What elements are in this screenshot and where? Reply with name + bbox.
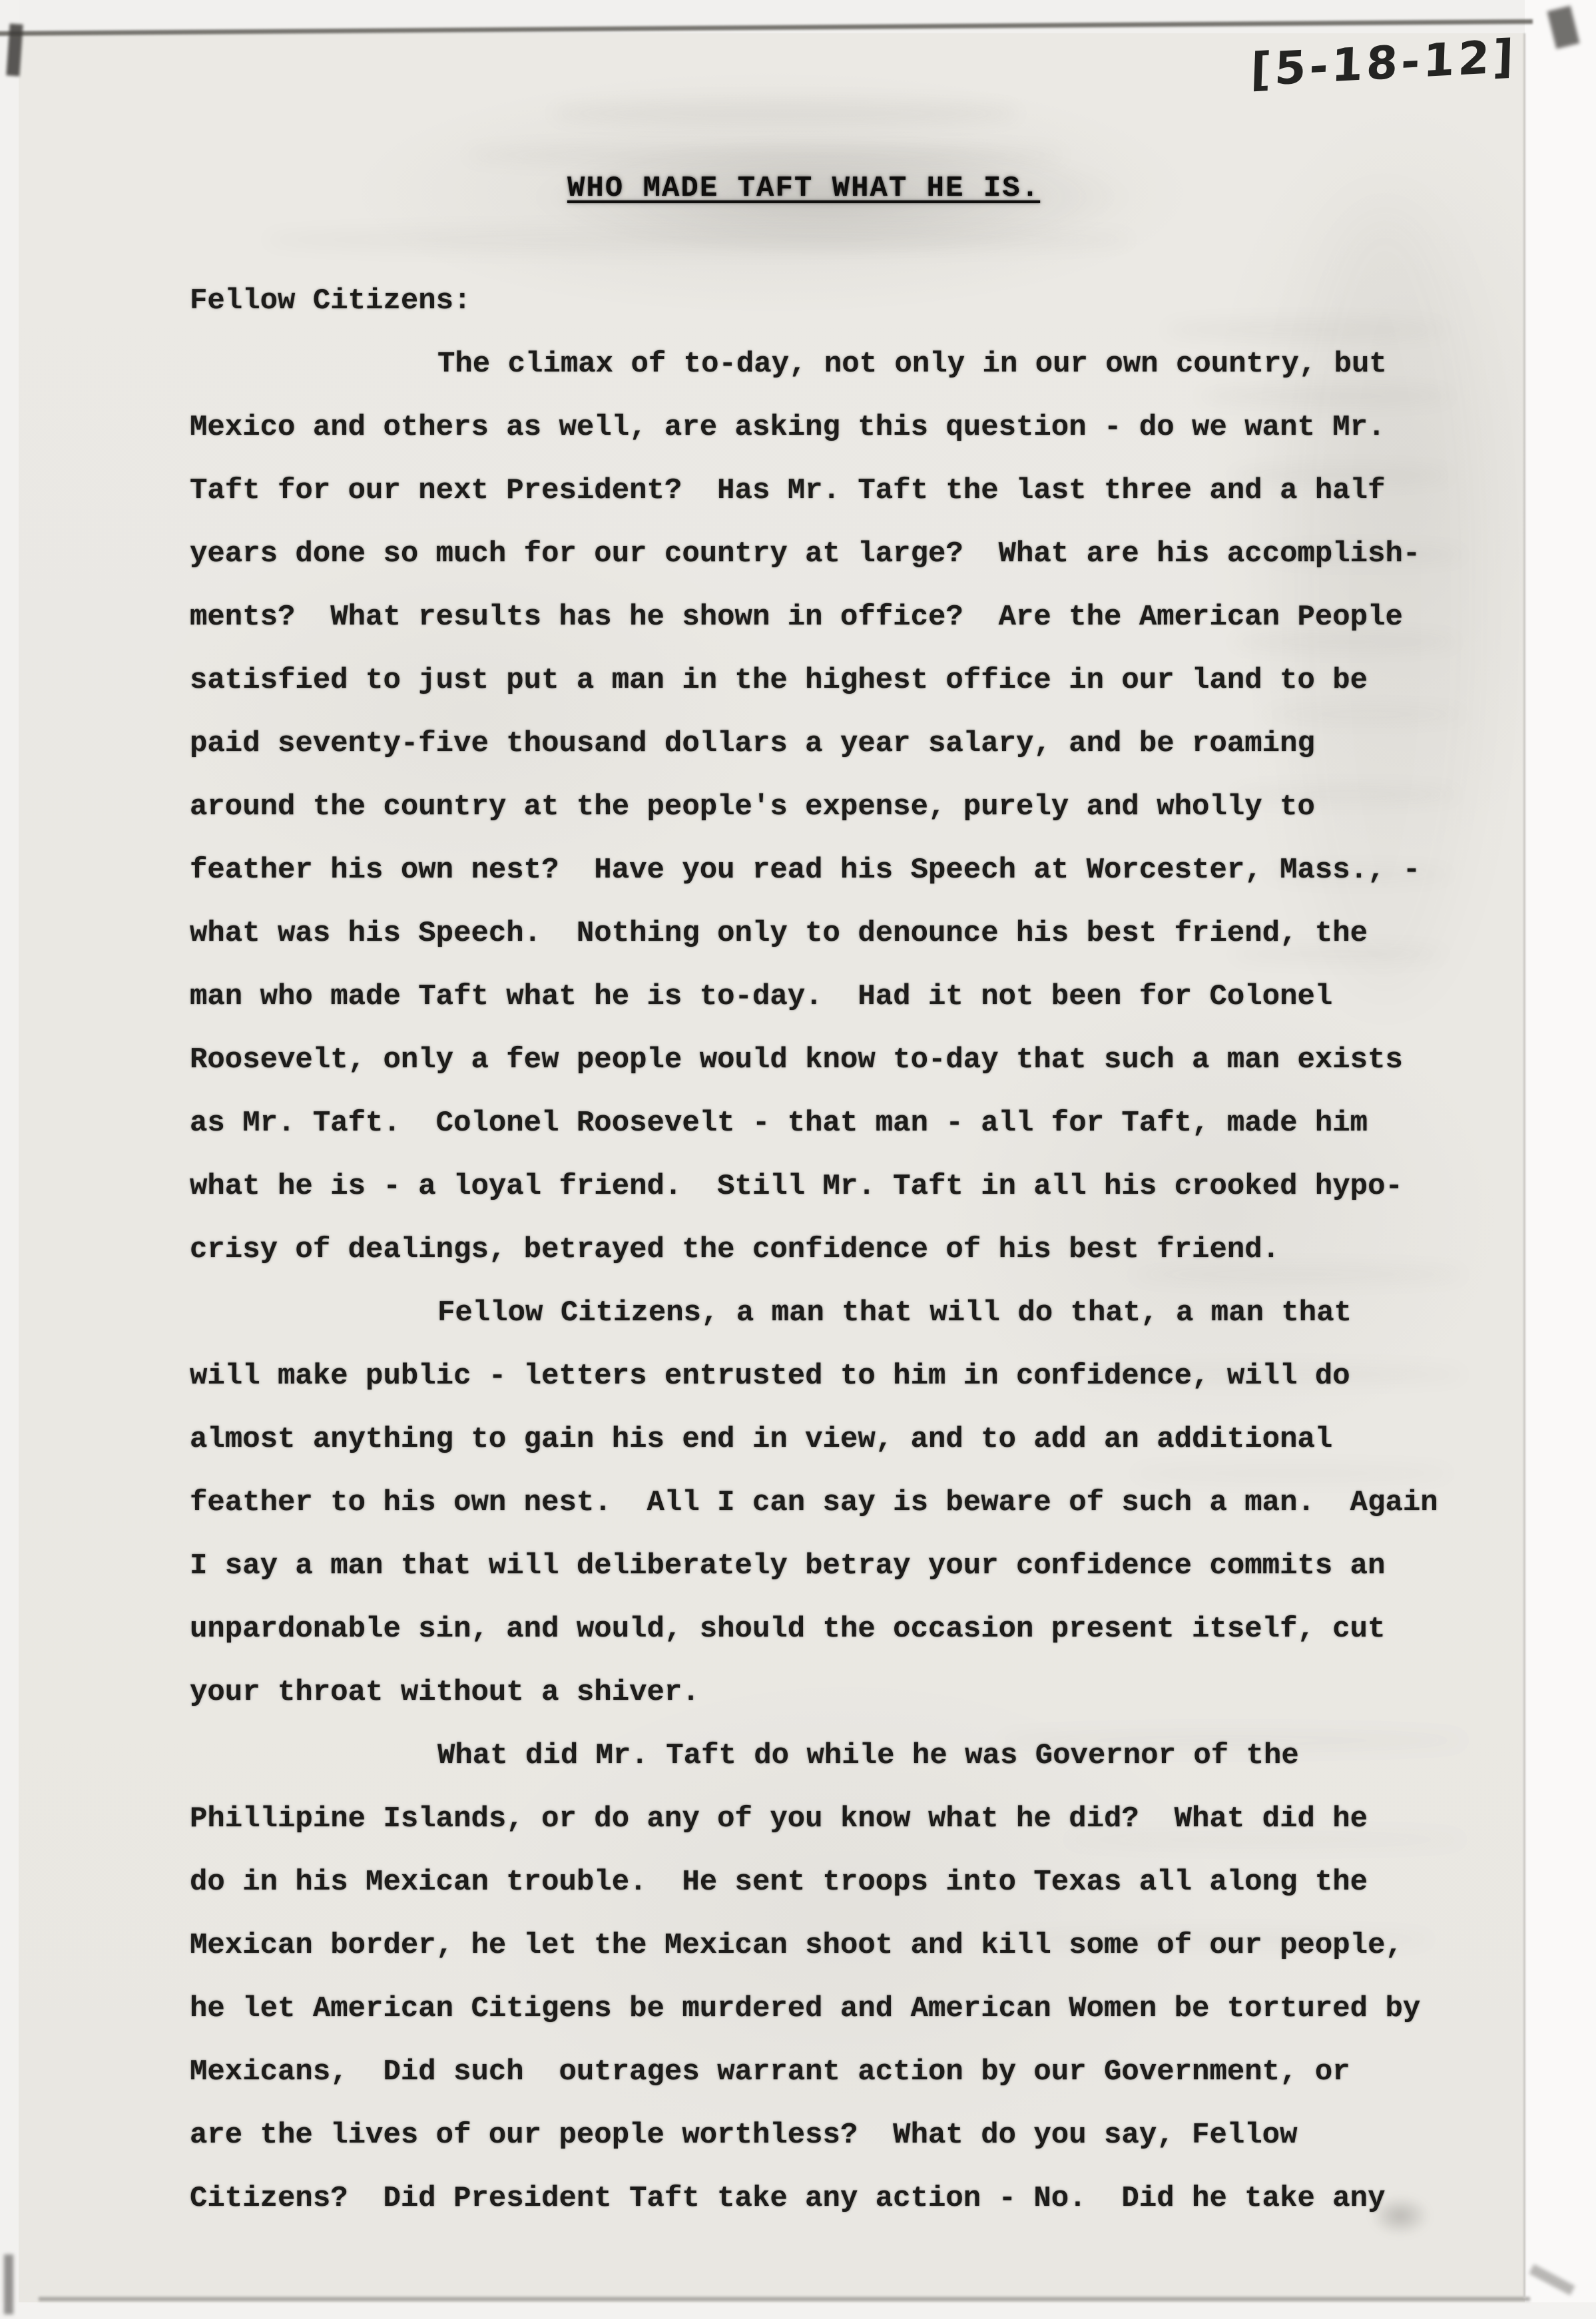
bleed-through-artifact bbox=[466, 143, 1065, 167]
text-line: are the lives of our people worthless? W… bbox=[190, 2104, 1438, 2167]
text-line: unpardonable sin, and would, should the … bbox=[190, 1598, 1438, 1661]
text-line: Mexican border, he let the Mexican shoot… bbox=[190, 1914, 1438, 1977]
text-line: years done so much for our country at la… bbox=[190, 523, 1438, 586]
scanner-bed-right bbox=[1525, 0, 1596, 2319]
text-line: feather his own nest? Have you read his … bbox=[190, 839, 1438, 902]
text-line: Mexico and others as well, are asking th… bbox=[190, 396, 1438, 459]
text-line: what he is - a loyal friend. Still Mr. T… bbox=[190, 1155, 1438, 1218]
text-line: satisfied to just put a man in the highe… bbox=[190, 649, 1438, 712]
scan-corner-mark-bottom-left bbox=[4, 2254, 13, 2314]
text-line: will make public - letters entrusted to … bbox=[190, 1345, 1438, 1408]
text-line: almost anything to gain his end in view,… bbox=[190, 1408, 1438, 1471]
text-line: Citizens? Did President Taft take any ac… bbox=[190, 2167, 1438, 2230]
text-line: The climax of to-day, not only in our ow… bbox=[190, 333, 1438, 396]
scan-edge-right bbox=[1523, 33, 1525, 2298]
scanner-bed-bottom bbox=[0, 2302, 1596, 2319]
scan-edge-bottom bbox=[39, 2297, 1530, 2301]
scanner-bed-left bbox=[0, 0, 19, 2319]
text-line: Fellow Citizens: bbox=[190, 270, 1438, 333]
text-line: I say a man that will deliberately betra… bbox=[190, 1535, 1438, 1598]
scanned-page: [5-18-12] WHO MADE TAFT WHAT HE IS. Fell… bbox=[0, 0, 1596, 2319]
text-line: what was his Speech. Nothing only to den… bbox=[190, 902, 1438, 965]
text-line: crisy of dealings, betrayed the confiden… bbox=[190, 1218, 1438, 1282]
text-line: paid seventy-five thousand dollars a yea… bbox=[190, 712, 1438, 776]
text-line: around the country at the people's expen… bbox=[190, 776, 1438, 839]
bleed-through-artifact bbox=[553, 100, 1019, 127]
text-line: he let American Citigens be murdered and… bbox=[190, 1977, 1438, 2041]
text-line: ments? What results has he shown in offi… bbox=[190, 586, 1438, 649]
text-line: man who made Taft what he is to-day. Had… bbox=[190, 965, 1438, 1029]
text-line: Mexicans, Did such outrages warrant acti… bbox=[190, 2041, 1438, 2104]
text-line: Roosevelt, only a few people would know … bbox=[190, 1029, 1438, 1092]
text-line: Taft for our next President? Has Mr. Taf… bbox=[190, 459, 1438, 523]
bleed-through-artifact bbox=[266, 226, 1132, 253]
text-line: do in his Mexican trouble. He sent troop… bbox=[190, 1851, 1438, 1914]
text-line: feather to his own nest. All I can say i… bbox=[190, 1471, 1438, 1535]
text-line: your throat without a shiver. bbox=[190, 1661, 1438, 1724]
document-title: WHO MADE TAFT WHAT HE IS. bbox=[567, 172, 1040, 205]
document-body: Fellow Citizens:The climax of to-day, no… bbox=[190, 270, 1438, 2230]
text-line: Phillipine Islands, or do any of you kno… bbox=[190, 1788, 1438, 1851]
text-line: as Mr. Taft. Colonel Roosevelt - that ma… bbox=[190, 1092, 1438, 1155]
text-line: What did Mr. Taft do while he was Govern… bbox=[190, 1724, 1438, 1788]
text-line: Fellow Citizens, a man that will do that… bbox=[190, 1282, 1438, 1345]
